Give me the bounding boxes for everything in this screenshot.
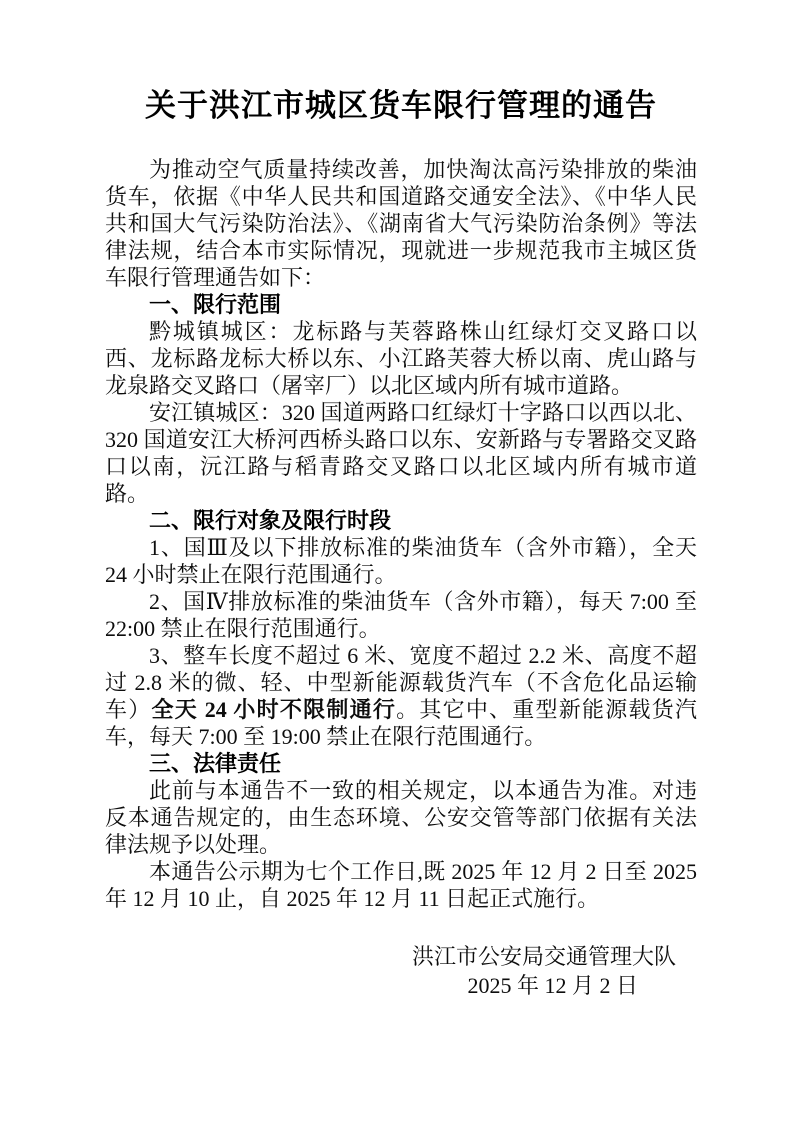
scope-qiancheng-paragraph: 黔城镇城区：龙标路与芙蓉路株山红绿灯交叉路口以西、龙标路龙标大桥以东、小江路芙蓉… xyxy=(105,318,697,399)
signature-date: 2025 年 12 月 2 日 xyxy=(105,971,697,1000)
restriction-item-3-bold-run: 全天 24 小时不限制通行 xyxy=(151,697,396,722)
scope-anjiang-paragraph: 安江镇城区：320 国道两路口红绿灯十字路口以西以北、320 国道安江大桥河西桥… xyxy=(105,399,697,507)
document-body: 为推动空气质量持续改善，加快淘汰高污染排放的柴油货车，依据《中华人民共和国道路交… xyxy=(105,156,697,1000)
signature-issuer: 洪江市公安局交通管理大队 xyxy=(105,942,697,971)
effective-date-paragraph: 本通告公示期为七个工作日,既 2025 年 12 月 2 日至 2025 年 1… xyxy=(105,858,697,912)
restriction-item-1: 1、国Ⅲ及以下排放标准的柴油货车（含外市籍），全天 24 小时禁止在限行范围通行… xyxy=(105,534,697,588)
section-2-heading: 二、限行对象及限行时段 xyxy=(105,507,697,534)
restriction-item-2: 2、国Ⅳ排放标准的柴油货车（含外市籍），每天 7:00 至 22:00 禁止在限… xyxy=(105,588,697,642)
signature-block: 洪江市公安局交通管理大队 2025 年 12 月 2 日 xyxy=(105,942,697,1000)
intro-paragraph: 为推动空气质量持续改善，加快淘汰高污染排放的柴油货车，依据《中华人民共和国道路交… xyxy=(105,156,697,291)
section-3-heading: 三、法律责任 xyxy=(105,750,697,777)
notice-document-page: 关于洪江市城区货车限行管理的通告 为推动空气质量持续改善，加快淘汰高污染排放的柴… xyxy=(0,0,793,1122)
restriction-item-3: 3、整车长度不超过 6 米、宽度不超过 2.2 米、高度不超过 2.8 米的微、… xyxy=(105,642,697,750)
legal-liability-paragraph: 此前与本通告不一致的相关规定，以本通告为准。对违反本通告规定的，由生态环境、公安… xyxy=(105,777,697,858)
section-1-heading: 一、限行范围 xyxy=(105,291,697,318)
document-title: 关于洪江市城区货车限行管理的通告 xyxy=(105,88,697,124)
